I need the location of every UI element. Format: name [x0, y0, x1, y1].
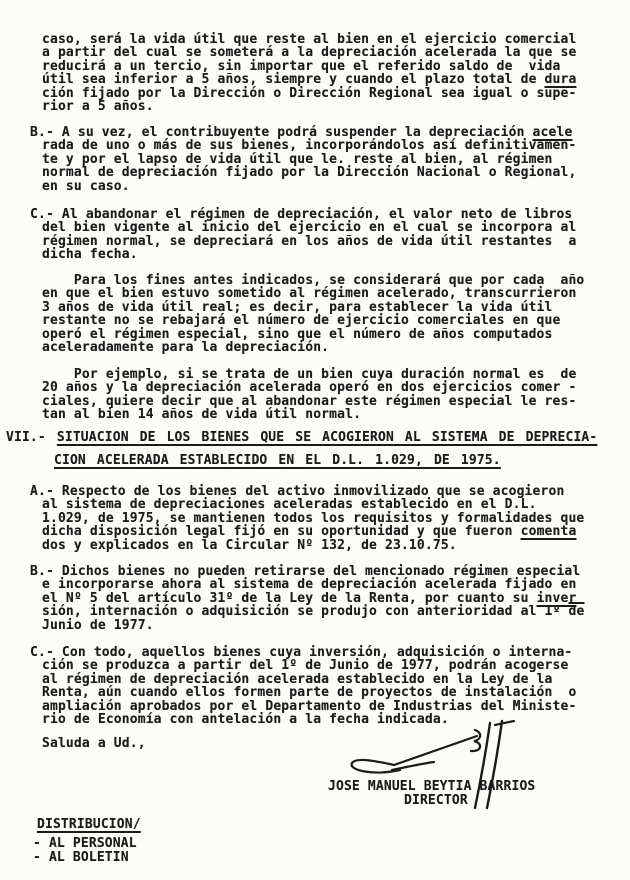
section-heading-vii: VII.- SITUACION DE LOS BIENES QUE SE ACO…: [54, 431, 597, 478]
paragraph-item-b-line-2: rada de uno o más de sus bienes, incorpo…: [42, 139, 576, 152]
paragraph-intro-continuation-line-4: útil sea inferior a 5 años, siempre y cu…: [42, 73, 576, 86]
document-page: caso, será la vida útil que reste al bie…: [0, 0, 630, 880]
distribution-list-line-2: - AL BOLETIN: [33, 851, 137, 865]
signatory-title: DIRECTOR: [404, 793, 468, 808]
distribution-title: DISTRIBUCION/: [37, 818, 141, 831]
paragraph-para-los-fines-line-4: restante no se rebajará el número de eje…: [42, 314, 584, 327]
paragraph-por-ejemplo: Por ejemplo, si se trata de un bien cuya…: [42, 368, 576, 422]
paragraph-item-b: B.- A su vez, el contribuyente podrá sus…: [42, 126, 576, 193]
paragraph-intro-continuation-line-2: a partir del cual se someterá a la depre…: [42, 46, 576, 59]
distribution-list-line-1: - AL PERSONAL: [33, 837, 137, 851]
paragraph-vii-item-a-line-2: al sistema de depreciaciones aceleradas …: [42, 498, 584, 511]
section-heading-vii-line-1: VII.- SITUACION DE LOS BIENES QUE SE ACO…: [6, 431, 597, 444]
paragraph-item-c-line-2: del bien vigente al inicio del ejercicio…: [42, 221, 576, 234]
paragraph-vii-item-b: B.- Dichos bienes no pueden retirarse de…: [42, 565, 584, 632]
paragraph-vii-item-a-line-4: dicha disposición legal fijó en su oport…: [42, 525, 584, 538]
distribution-list: - AL PERSONAL- AL BOLETIN: [33, 837, 137, 865]
paragraph-item-b-line-4: normal de depreciación fijado por la Dir…: [42, 166, 576, 179]
paragraph-vii-item-c-line-4: Renta, aún cuando ellos formen parte de …: [42, 686, 576, 699]
section-heading-vii-line-2: CION ACELERADA ESTABLECIDO EN EL D.L. 1.…: [54, 454, 597, 467]
paragraph-vii-item-c-line-2: ción se produzca a partir del 1º de Juni…: [42, 659, 576, 672]
paragraph-item-b-line-5: en su caso.: [42, 180, 576, 193]
paragraph-intro-continuation: caso, será la vida útil que reste al bie…: [42, 33, 576, 113]
paragraph-item-c-line-4: dicha fecha.: [42, 248, 576, 261]
closing-salutation: Saluda a Ud.,: [42, 737, 146, 750]
paragraph-por-ejemplo-line-2: 20 años y la depreciación acelerada oper…: [42, 381, 576, 394]
signatory-name: JOSE MANUEL BEYTIA BARRIOS: [328, 779, 535, 794]
paragraph-intro-continuation-line-6: rior a 5 años.: [42, 100, 576, 113]
paragraph-vii-item-b-line-2: e incorporarse ahora al sistema de depre…: [42, 578, 584, 591]
paragraph-vii-item-a-line-5: dos y explicados en la Circular Nº 132, …: [42, 539, 584, 552]
paragraph-para-los-fines-line-6: aceleradamente para la depreciación.: [42, 341, 584, 354]
paragraph-item-c: C.- Al abandonar el régimen de depreciac…: [42, 208, 576, 262]
paragraph-vii-item-b-line-5: Junio de 1977.: [42, 619, 584, 632]
paragraph-por-ejemplo-line-4: tan al bien 14 años de vida útil normal.: [42, 408, 576, 421]
paragraph-vii-item-b-line-4: sión, internación o adquisición se produ…: [42, 605, 584, 618]
paragraph-para-los-fines-line-2: en que el bien estuvo sometido al régime…: [42, 287, 584, 300]
paragraph-para-los-fines: Para los fines antes indicados, se consi…: [42, 274, 584, 354]
distribution-title-line-1: DISTRIBUCION/: [37, 818, 141, 831]
paragraph-vii-item-a: A.- Respecto de los bienes del activo in…: [42, 485, 584, 552]
